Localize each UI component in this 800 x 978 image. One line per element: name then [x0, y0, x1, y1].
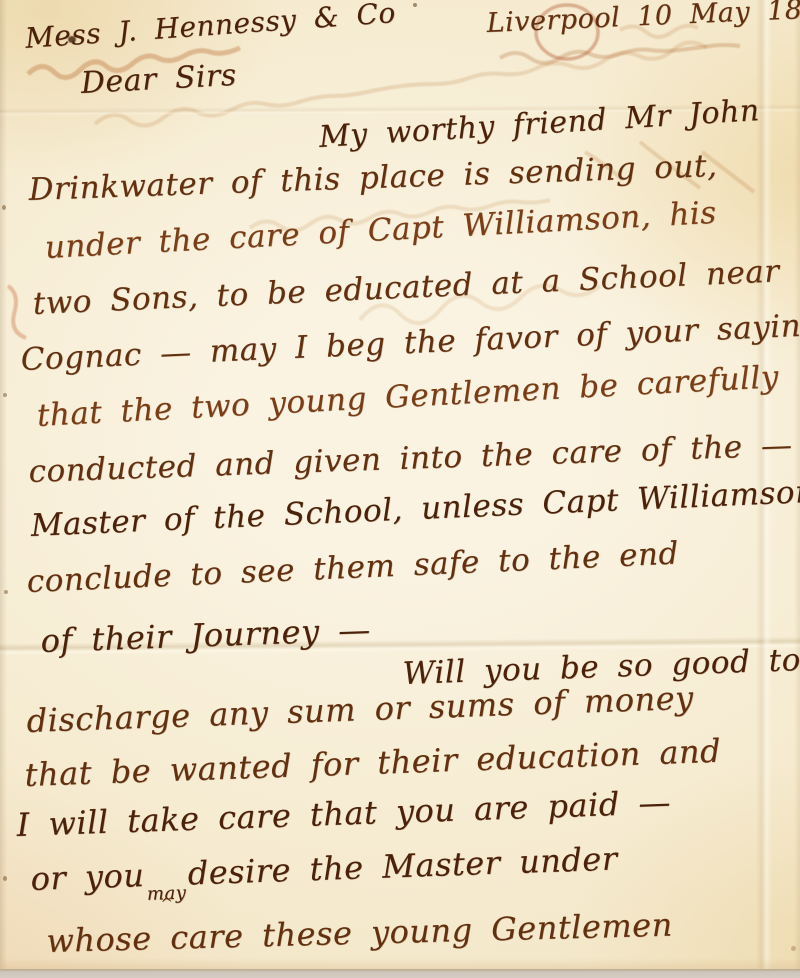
- scan-edge-bottom: [0, 969, 800, 978]
- body-line: under the care of Capt Williamson, his: [44, 195, 717, 266]
- body-line: My worthy friend Mr John: [318, 93, 761, 155]
- paper-speck: [791, 946, 796, 951]
- body-line: Drinkwater of this place is sending out,: [28, 148, 718, 208]
- paper-speck: [3, 393, 7, 397]
- paper-edge-left: [0, 0, 7, 978]
- body-line: discharge any sum or sums of money: [26, 679, 694, 740]
- letter-page: Liverpool 10 May 1829 Mess J. Hennessy &…: [0, 0, 800, 978]
- body-line: whose care these young Gentlemen: [46, 906, 673, 960]
- paper-speck: [2, 205, 6, 210]
- paper-speck: [3, 876, 7, 881]
- salutation: Dear Sirs: [80, 58, 238, 101]
- paper-speck: [413, 3, 417, 7]
- body-line-with-insertion: or youmay^desire the Master under: [30, 840, 619, 913]
- bleed-through-stroke: [8, 286, 26, 338]
- paper-speck: [4, 590, 8, 594]
- caret-mark: ^: [160, 899, 173, 908]
- dateline: Liverpool 10 May 1829: [486, 0, 800, 39]
- body-line: conclude to see them safe to the end: [26, 536, 679, 600]
- body-line: two Sons, to be educated at a School nea…: [32, 253, 780, 322]
- recipient: Mess J. Hennessy & Co: [24, 0, 397, 55]
- body-line: I will take care that you are paid —: [16, 783, 671, 844]
- interline-insertion: may^: [147, 889, 187, 909]
- line-post-text: desire the Master under: [187, 840, 618, 893]
- bleed-through-stroke: [500, 45, 740, 63]
- line-pre-text: or you: [30, 856, 145, 898]
